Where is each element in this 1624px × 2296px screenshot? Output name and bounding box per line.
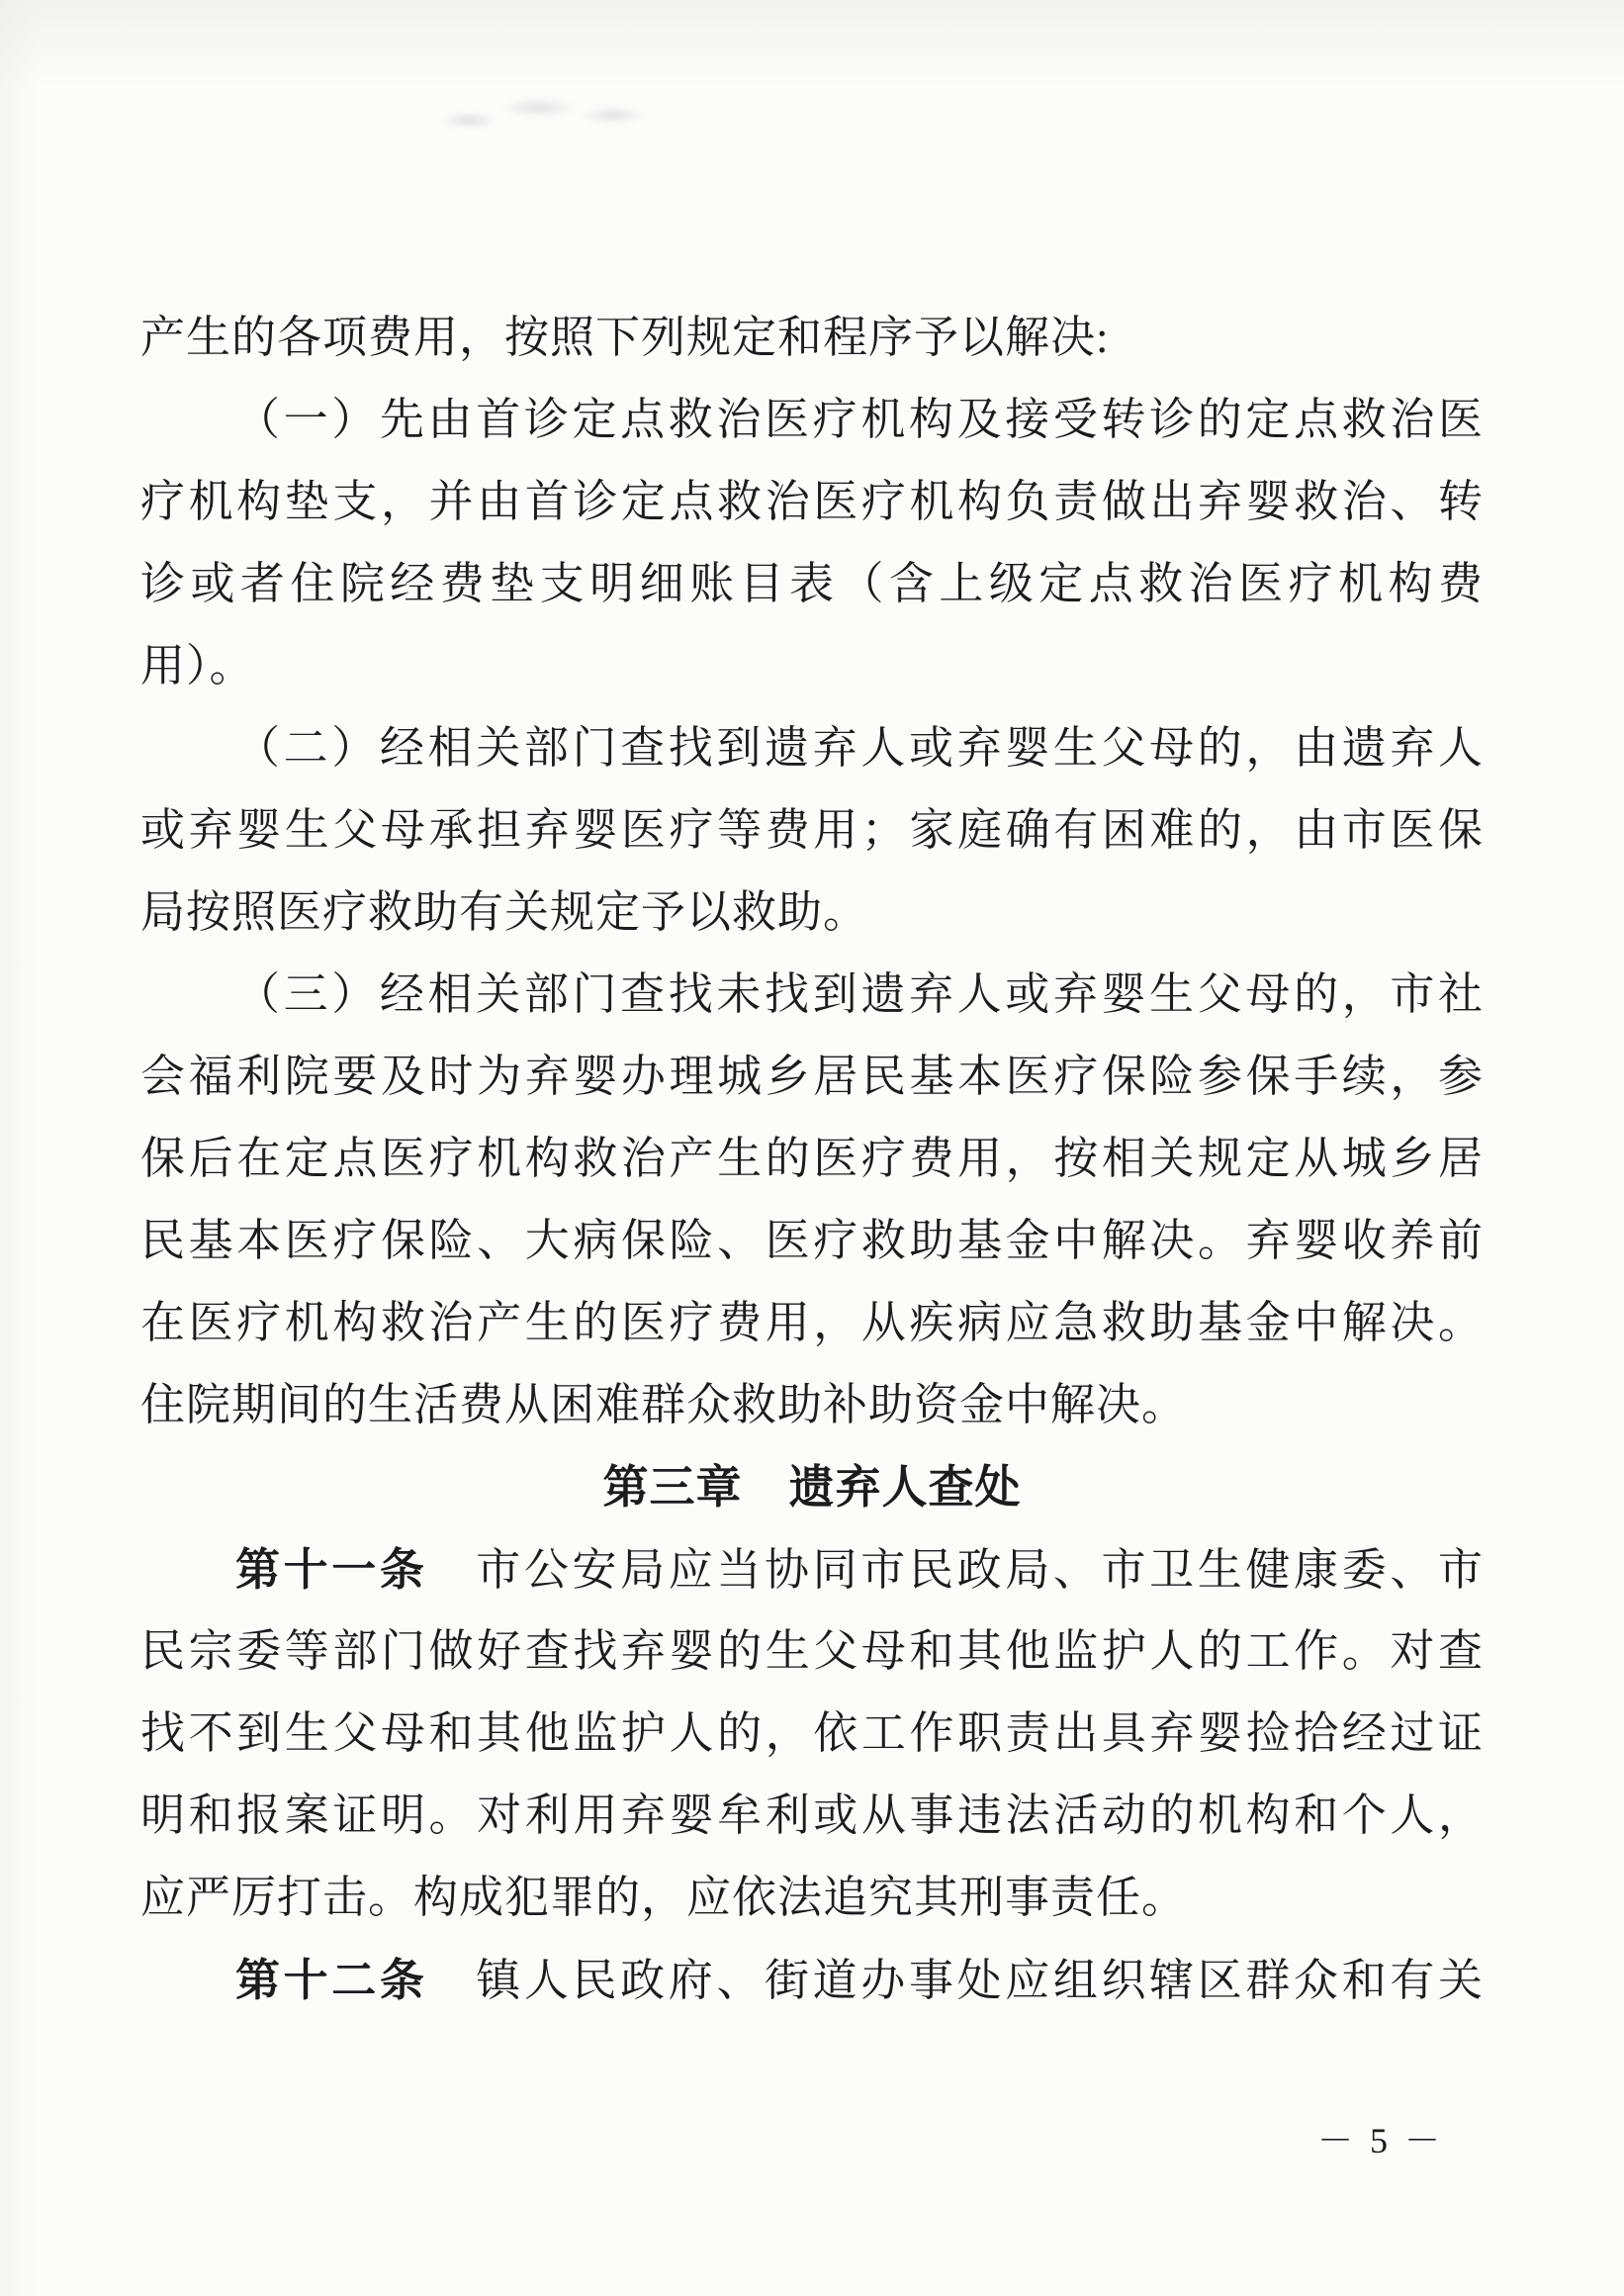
text-line: （一）先由首诊定点救治医疗机构及接受转诊的定点救治医	[140, 379, 1484, 461]
text-line: 找不到生父母和其他监护人的，依工作职责出具弃婴捡拾经过证	[140, 1693, 1484, 1775]
text-run: 民宗委等部门做好查找弃婴的生父母和其他监护人的工作。对查	[140, 1626, 1484, 1676]
text-run: 疗机构垫支，并由首诊定点救治医疗机构负责做出弃婴救治、转	[140, 477, 1484, 526]
text-run: 民基本医疗保险、大病保险、医疗救助基金中解决。弃婴收养前	[140, 1216, 1484, 1265]
article-number: 第十一条	[235, 1544, 428, 1595]
text-run: （三）经相关部门查找未找到遗弃人或弃婴生父母的，市社	[235, 969, 1484, 1019]
text-run: 找不到生父母和其他监护人的，依工作职责出具弃婴捡拾经过证	[140, 1708, 1484, 1758]
text-line: 在医疗机构救治产生的医疗费用，从疾病应急救助基金中解决。	[140, 1282, 1484, 1364]
text-line: 保后在定点医疗机构救治产生的医疗费用，按相关规定从城乡居	[140, 1118, 1484, 1200]
text-run: （一）先由首诊定点救治医疗机构及接受转诊的定点救治医	[235, 395, 1484, 444]
text-run: 用）。	[140, 641, 255, 690]
text-run: （二）经相关部门查找到遗弃人或弃婴生父母的，由遗弃人	[235, 723, 1484, 773]
text-run: 会福利院要及时为弃婴办理城乡居民基本医疗保险参保手续，参	[140, 1052, 1484, 1101]
text-line: 产生的各项费用，按照下列规定和程序予以解决:	[140, 297, 1484, 379]
text-line: 疗机构垫支，并由首诊定点救治医疗机构负责做出弃婴救治、转	[140, 461, 1484, 543]
text-run: 镇人民政府、街道办事处应组织辖区群众和有关	[428, 1956, 1484, 2005]
text-run: 明和报案证明。对利用弃婴牟利或从事违法活动的机构和个人，	[140, 1791, 1484, 1840]
text-line: 用）。	[140, 625, 1484, 707]
text-run: 住院期间的生活费从困难群众救助补助资金中解决。	[140, 1380, 1187, 1429]
text-line: 应严厉打击。构成犯罪的，应依法追究其刑事责任。	[140, 1857, 1484, 1939]
text-line: 住院期间的生活费从困难群众救助补助资金中解决。	[140, 1364, 1484, 1446]
text-line: （三）经相关部门查找未找到遗弃人或弃婴生父母的，市社	[140, 954, 1484, 1036]
page-number: － 5 －	[1317, 2113, 1444, 2163]
text-run: 产生的各项费用，按照下列规定和程序予以解决:	[140, 313, 1110, 362]
text-run: 在医疗机构救治产生的医疗费用，从疾病应急救助基金中解决。	[140, 1298, 1484, 1347]
text-line: （二）经相关部门查找到遗弃人或弃婴生父母的，由遗弃人	[140, 707, 1484, 789]
chapter-heading: 第三章 遗弃人查处	[140, 1446, 1484, 1528]
text-run: 或弃婴生父母承担弃婴医疗等费用；家庭确有困难的，由市医保	[140, 805, 1484, 855]
document-text: 产生的各项费用，按照下列规定和程序予以解决:（一）先由首诊定点救治医疗机构及接受…	[140, 297, 1484, 2021]
text-line: 局按照医疗救助有关规定予以救助。	[140, 872, 1484, 954]
text-run: 第三章 遗弃人查处	[603, 1461, 1022, 1513]
text-run: 保后在定点医疗机构救治产生的医疗费用，按相关规定从城乡居	[140, 1134, 1484, 1183]
text-run: 诊或者住院经费垫支明细账目表（含上级定点救治医疗机构费	[140, 559, 1484, 608]
scan-smudge	[427, 87, 660, 138]
text-line: 诊或者住院经费垫支明细账目表（含上级定点救治医疗机构费	[140, 543, 1484, 625]
text-line: 或弃婴生父母承担弃婴医疗等费用；家庭确有困难的，由市医保	[140, 789, 1484, 872]
text-line: 民宗委等部门做好查找弃婴的生父母和其他监护人的工作。对查	[140, 1610, 1484, 1693]
text-run: 市公安局应当协同市民政局、市卫生健康委、市	[428, 1545, 1484, 1595]
text-line: 第十一条 市公安局应当协同市民政局、市卫生健康委、市	[140, 1528, 1484, 1610]
text-line: 民基本医疗保险、大病保险、医疗救助基金中解决。弃婴收养前	[140, 1200, 1484, 1282]
text-line: 明和报案证明。对利用弃婴牟利或从事违法活动的机构和个人，	[140, 1775, 1484, 1857]
text-line: 第十二条 镇人民政府、街道办事处应组织辖区群众和有关	[140, 1939, 1484, 2021]
article-number: 第十二条	[235, 1955, 428, 2005]
text-run: 应严厉打击。构成犯罪的，应依法追究其刑事责任。	[140, 1873, 1187, 1922]
text-run: 局按照医疗救助有关规定予以救助。	[140, 887, 868, 937]
text-line: 会福利院要及时为弃婴办理城乡居民基本医疗保险参保手续，参	[140, 1036, 1484, 1118]
document-page: 产生的各项费用，按照下列规定和程序予以解决:（一）先由首诊定点救治医疗机构及接受…	[0, 0, 1624, 2296]
